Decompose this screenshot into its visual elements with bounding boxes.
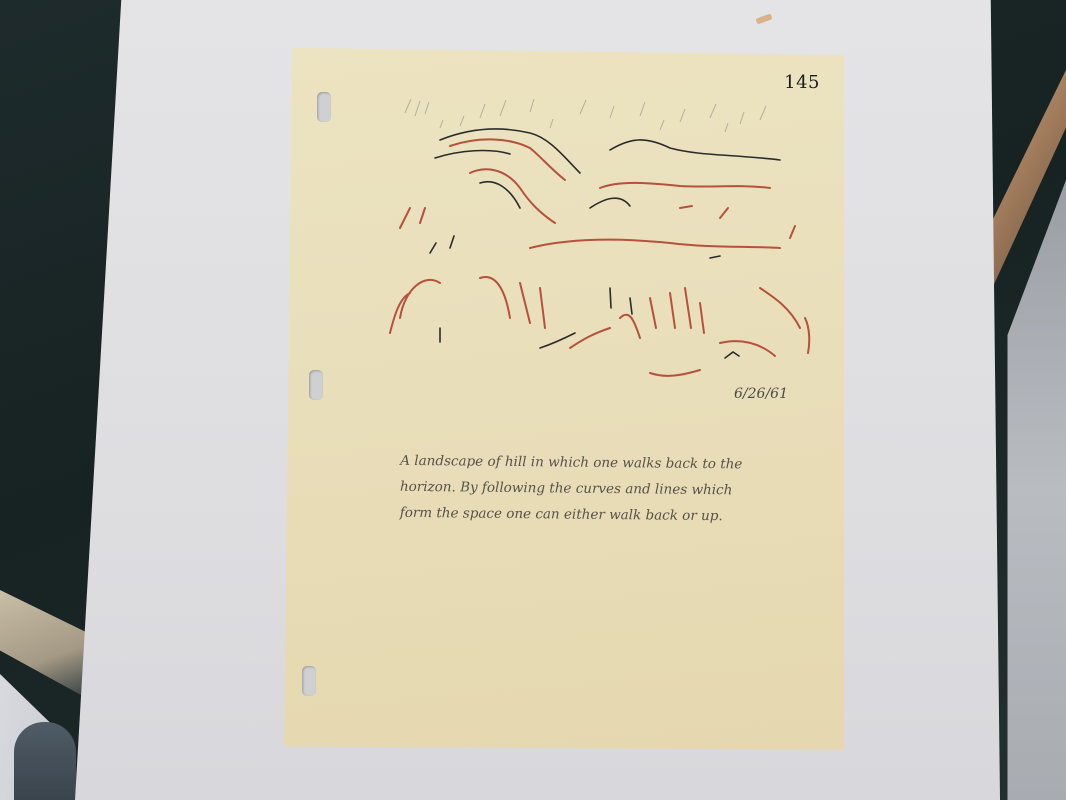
red-crayon-strokes [390,139,809,375]
handwritten-caption: A landscape of hill in which one walks b… [400,448,821,530]
sketch-date: 6/26/61 [734,386,788,402]
caption-line-3: form the space one can either walk back … [400,500,820,530]
punch-hole-bottom [302,666,316,696]
punch-hole-top [317,92,331,122]
photo-scene: 145 [0,0,1066,800]
document-sheet: 145 [284,48,844,750]
landscape-sketch [380,88,820,398]
graphite-sky-strokes [405,99,766,132]
roll-end-cap [14,722,76,800]
black-crayon-strokes [430,129,780,358]
punch-hole-middle [309,370,323,400]
